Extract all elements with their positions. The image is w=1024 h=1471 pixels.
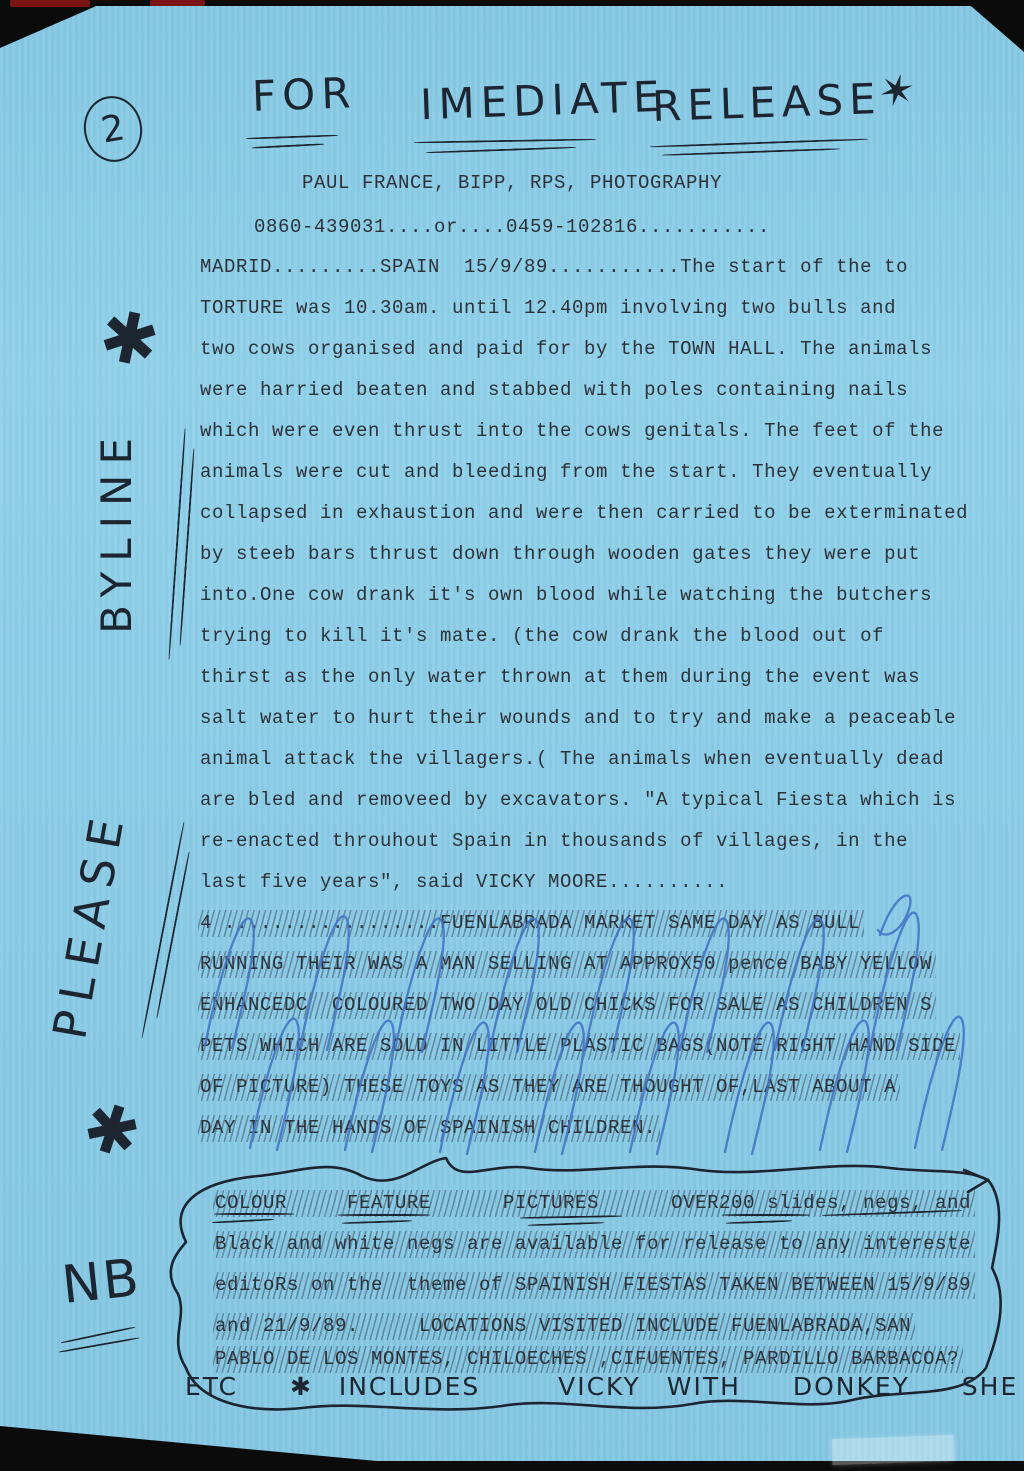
typed-line: collapsed in exhaustion and were then ca…: [200, 502, 968, 524]
title-word-for: FOR: [251, 68, 357, 121]
typed-line: salt water to hurt their wounds and to t…: [200, 707, 956, 729]
tape-patch: [832, 1435, 955, 1465]
typed-line: last five years", said VICKY MOORE......…: [200, 871, 728, 893]
byline-margin-label: BYLINE: [92, 428, 141, 634]
typed-line: by steeb bars thrust down through wooden…: [200, 543, 920, 565]
typed-line: thirst as the only water thrown at them …: [200, 666, 920, 688]
hand-underline: [722, 1214, 810, 1216]
struck-line: 4 ..................FUENLABRADA MARKET S…: [198, 910, 864, 937]
struck-line: PETS WHICH ARE SOLD IN LITTLE PLASTIC BA…: [198, 1033, 960, 1060]
typed-line: were harried beaten and stabbed with pol…: [200, 379, 908, 401]
typed-line: animal attack the villagers.( The animal…: [200, 748, 944, 770]
typed-byline: PAUL FRANCE, BIPP, RPS, PHOTOGRAPHY: [0, 172, 1024, 194]
struck-line: RUNNING THEIR WAS A MAN SELLING AT APPRO…: [198, 951, 936, 978]
circled-note-line: and 21/9/89. LOCATIONS VISITED INCLUDE F…: [213, 1313, 915, 1340]
typed-line: trying to kill it's mate. (the cow drank…: [200, 625, 884, 647]
typed-line: are bled and removeed by excavators. "A …: [200, 789, 956, 811]
red-mark: [10, 0, 90, 7]
typed-line: which were even thrust into the cows gen…: [200, 420, 944, 442]
typed-line: into.One cow drank it's own blood while …: [200, 584, 932, 606]
typed-line: animals were cut and bleeding from the s…: [200, 461, 932, 483]
struck-line: OF PICTURE) THESE TOYS AS THEY ARE THOUG…: [198, 1074, 900, 1101]
circled-note-line: Black and white negs are available for r…: [213, 1231, 975, 1258]
struck-line: DAY IN THE HANDS OF SPAINISH CHILDREN.: [198, 1115, 660, 1142]
dark-mark-top: [225, 0, 375, 6]
circled-note-line: PABLO DE LOS MONTES, CHILOECHES ,CIFUENT…: [213, 1346, 963, 1373]
nb-margin-label: NB: [59, 1248, 143, 1316]
footer-handwritten-note: ETC ✱ INCLUDES VICKY WITH DONKEY SHE SAV…: [185, 1372, 1024, 1401]
struck-line: ENHANCEDC COLOURED TWO DAY OLD CHICKS FO…: [198, 992, 936, 1019]
typed-line: re-enacted throuhout Spain in thousands …: [200, 830, 908, 852]
page-number: 2: [98, 107, 128, 151]
typed-contact-numbers: 0860-439031....or....0459-102816........…: [0, 216, 1024, 238]
typed-line: TORTURE was 10.30am. until 12.40pm invol…: [200, 297, 896, 319]
red-mark: [150, 0, 205, 6]
typed-line: MADRID.........SPAIN 15/9/89...........T…: [200, 256, 908, 278]
hand-underline: [338, 1214, 430, 1216]
circled-note-line: editoRs on the theme of SPAINISH FIESTAS…: [213, 1272, 975, 1299]
title-word-release: RELEASE: [651, 74, 882, 131]
typed-line: two cows organised and paid for by the T…: [200, 338, 932, 360]
title-word-imediate: IMEDIATE: [419, 72, 666, 130]
hand-underline: [214, 1213, 294, 1215]
